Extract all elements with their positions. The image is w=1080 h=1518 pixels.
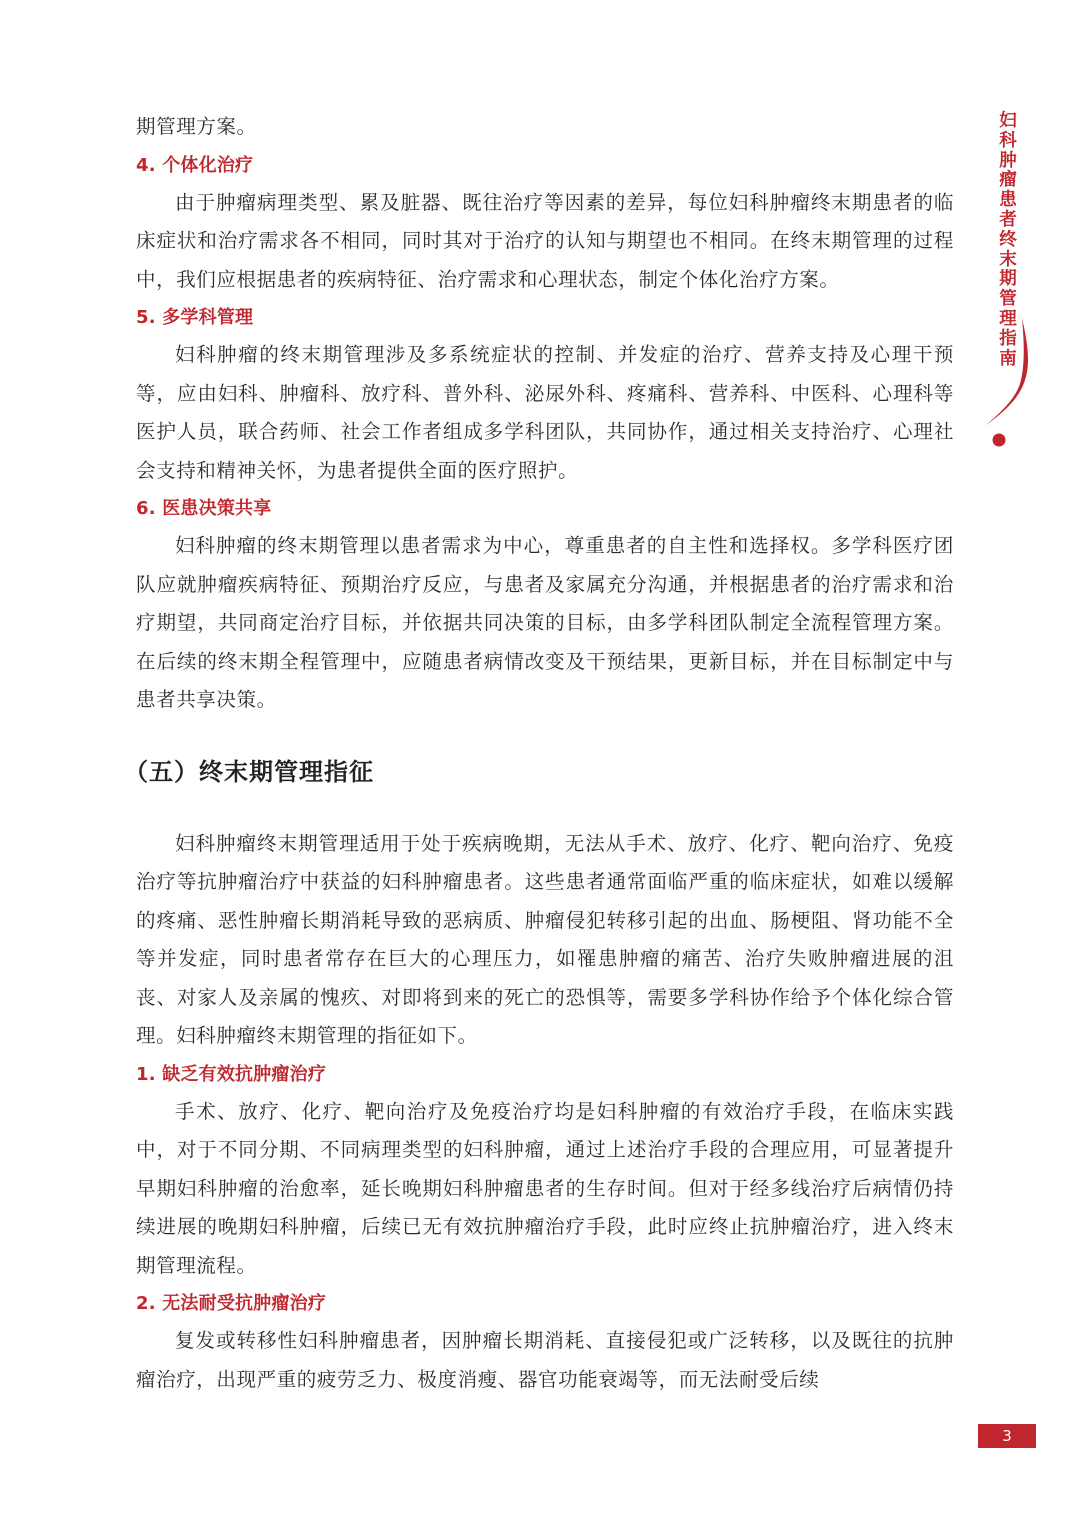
page-number-badge: 3 xyxy=(978,1424,1036,1448)
paragraph-indications-intro: 妇科肿瘤终末期管理适用于处于疾病晚期，无法从手术、放疗、化疗、靶向治疗、免疫治疗… xyxy=(136,825,954,1056)
paragraph-individualized-treatment: 由于肿瘤病理类型、累及脏器、既往治疗等因素的差异，每位妇科肿瘤终末期患者的临床症… xyxy=(136,184,954,300)
section-heading-indications: （五）终末期管理指征 xyxy=(124,757,954,787)
decorative-dot-icon xyxy=(993,434,1006,447)
heading-cannot-tolerate-treatment: 2. 无法耐受抗肿瘤治疗 xyxy=(136,1285,954,1322)
heading-multidisciplinary-management: 5. 多学科管理 xyxy=(136,299,954,336)
intro-tail-text: 期管理方案。 xyxy=(136,108,954,147)
decorative-curve-icon xyxy=(975,300,1045,460)
heading-shared-decision-making: 6. 医患决策共享 xyxy=(136,490,954,527)
paragraph-multidisciplinary-management: 妇科肿瘤的终末期管理涉及多系统症状的控制、并发症的治疗、营养支持及心理干预等，应… xyxy=(136,336,954,490)
paragraph-lack-effective-treatment: 手术、放疗、化疗、靶向治疗及免疫治疗均是妇科肿瘤的有效治疗手段，在临床实践中，对… xyxy=(136,1093,954,1286)
heading-lack-effective-treatment: 1. 缺乏有效抗肿瘤治疗 xyxy=(136,1056,954,1093)
section-spacer xyxy=(136,787,954,825)
heading-individualized-treatment: 4. 个体化治疗 xyxy=(136,147,954,184)
paragraph-cannot-tolerate-treatment: 复发或转移性妇科肿瘤患者，因肿瘤长期消耗、直接侵犯或广泛转移，以及既往的抗肿瘤治… xyxy=(136,1322,954,1399)
page-content: 期管理方案。 4. 个体化治疗 由于肿瘤病理类型、累及脏器、既往治疗等因素的差异… xyxy=(136,108,954,1399)
paragraph-shared-decision-making: 妇科肿瘤的终末期管理以患者需求为中心，尊重患者的自主性和选择权。多学科医疗团队应… xyxy=(136,527,954,720)
